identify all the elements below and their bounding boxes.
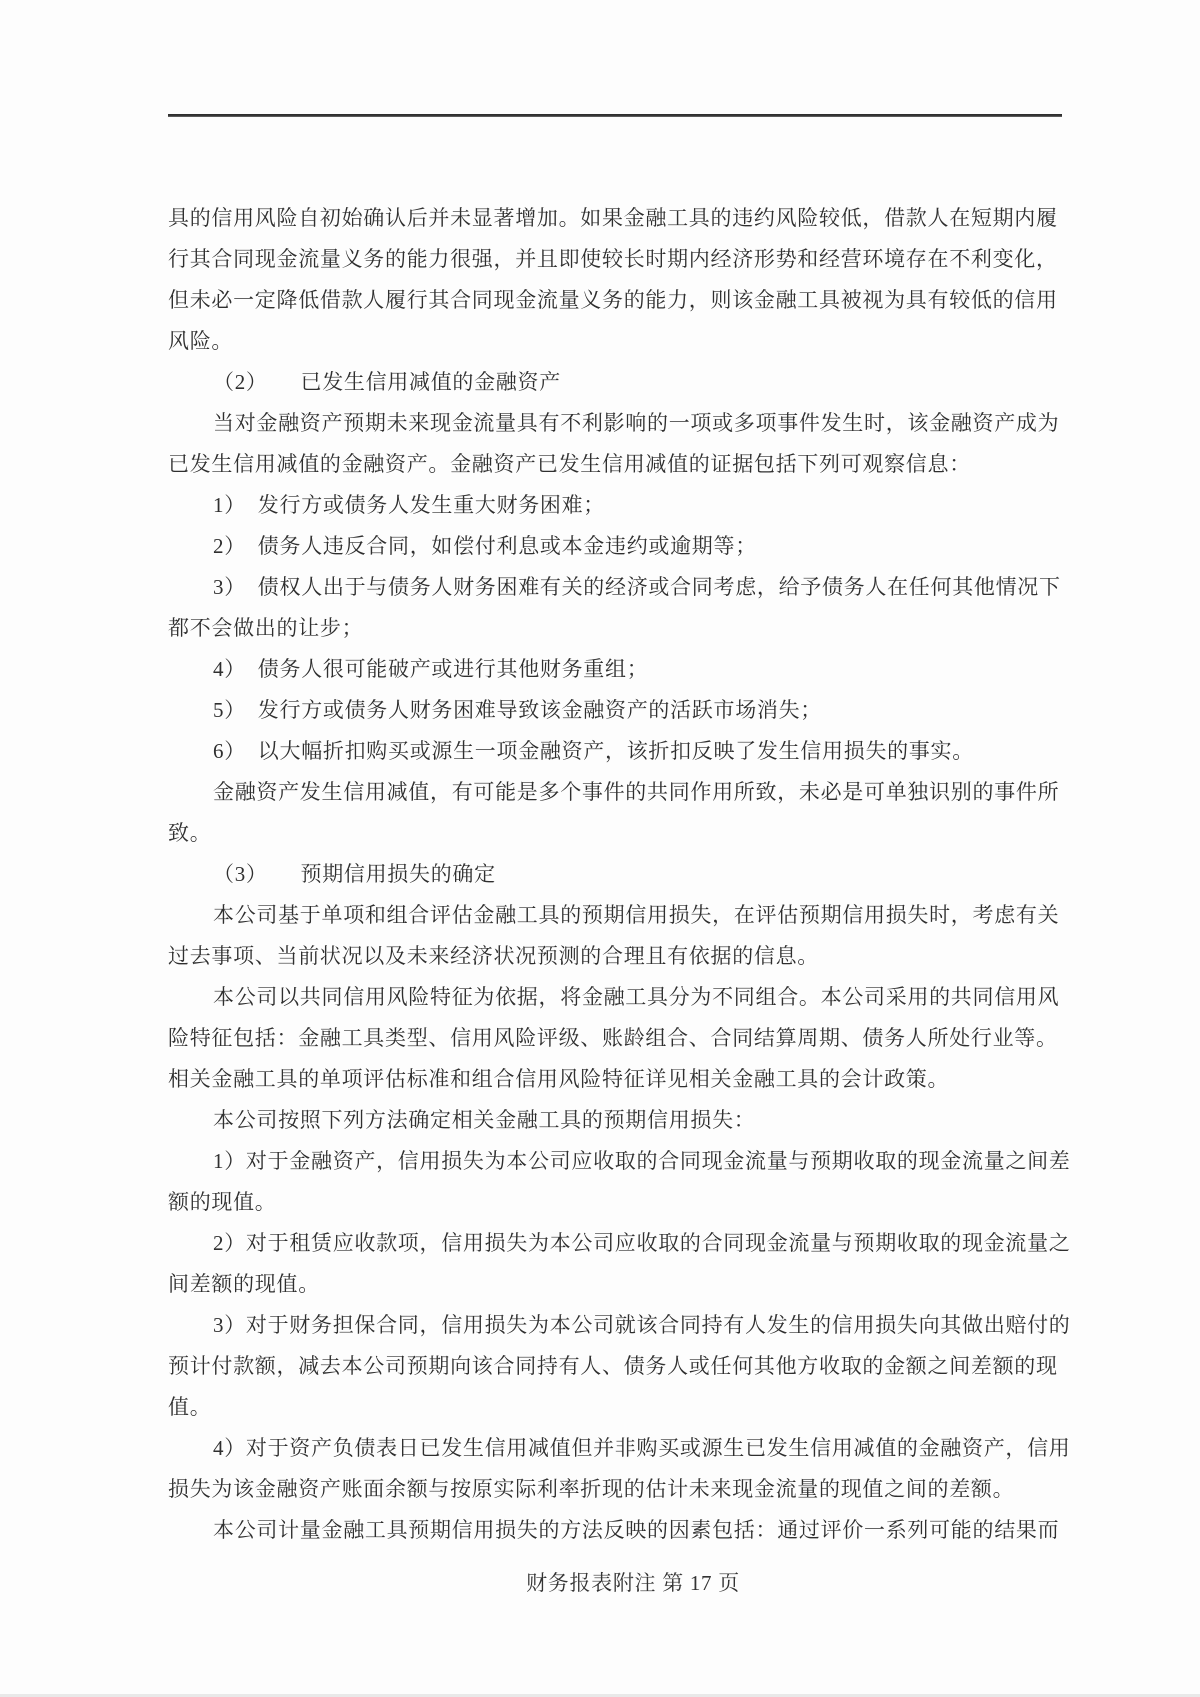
page-footer: 财务报表附注 第 17 页 [186, 1563, 1080, 1604]
text-line: 已发生信用减值的金融资产。金融资产已发生信用减值的证据包括下列可观察信息： [168, 444, 1062, 485]
text-line: 行其合同现金流量义务的能力很强，并且即使较长时期内经济形势和经营环境存在不利变化… [168, 239, 1062, 280]
text-line: 4） 债务人很可能破产或进行其他财务重组； [168, 649, 1062, 690]
text-line: 相关金融工具的单项评估标准和组合信用风险特征详见相关金融工具的会计政策。 [168, 1059, 1062, 1100]
text-line: 风险。 [168, 321, 1062, 362]
page: { "colors": { "background": "#fdfdfd", "… [0, 0, 1200, 1697]
header-rule [168, 114, 1062, 117]
text-line: 本公司计量金融工具预期信用损失的方法反映的因素包括：通过评价一系列可能的结果而 [168, 1510, 1062, 1551]
text-line: （3） 预期信用损失的确定 [168, 854, 1062, 895]
text-line: 5） 发行方或债务人财务困难导致该金融资产的活跃市场消失； [168, 690, 1062, 731]
text-line: 3）对于财务担保合同，信用损失为本公司就该合同持有人发生的信用损失向其做出赔付的 [168, 1305, 1062, 1346]
text-line: 本公司以共同信用风险特征为依据，将金融工具分为不同组合。本公司采用的共同信用风 [168, 977, 1062, 1018]
text-line: 但未必一定降低借款人履行其合同现金流量义务的能力，则该金融工具被视为具有较低的信… [168, 280, 1062, 321]
text-line: 1）对于金融资产，信用损失为本公司应收取的合同现金流量与预期收取的现金流量之间差 [168, 1141, 1062, 1182]
text-line: 额的现值。 [168, 1182, 1062, 1223]
text-line: 当对金融资产预期未来现金流量具有不利影响的一项或多项事件发生时，该金融资产成为 [168, 403, 1062, 444]
text-block: 具的信用风险自初始确认后并未显著增加。如果金融工具的违约风险较低，借款人在短期内… [168, 198, 1062, 1551]
text-line: 2）对于租赁应收款项，信用损失为本公司应收取的合同现金流量与预期收取的现金流量之 [168, 1223, 1062, 1264]
text-line: 具的信用风险自初始确认后并未显著增加。如果金融工具的违约风险较低，借款人在短期内… [168, 198, 1062, 239]
text-line: 过去事项、当前状况以及未来经济状况预测的合理且有依据的信息。 [168, 936, 1062, 977]
text-line: 本公司基于单项和组合评估金融工具的预期信用损失，在评估预期信用损失时，考虑有关 [168, 895, 1062, 936]
text-line: 损失为该金融资产账面余额与按原实际利率折现的估计未来现金流量的现值之间的差额。 [168, 1469, 1062, 1510]
text-line: 值。 [168, 1387, 1062, 1428]
text-line: 金融资产发生信用减值，有可能是多个事件的共同作用所致，未必是可单独识别的事件所 [168, 772, 1062, 813]
text-line: 间差额的现值。 [168, 1264, 1062, 1305]
text-line: 致。 [168, 813, 1062, 854]
document-page: 具的信用风险自初始确认后并未显著增加。如果金融工具的违约风险较低，借款人在短期内… [0, 0, 1200, 1697]
text-line: 4）对于资产负债表日已发生信用减值但并非购买或源生已发生信用减值的金融资产，信用 [168, 1428, 1062, 1469]
text-line: 都不会做出的让步； [168, 608, 1062, 649]
text-line: （2） 已发生信用减值的金融资产 [168, 362, 1062, 403]
text-line: 6） 以大幅折扣购买或源生一项金融资产，该折扣反映了发生信用损失的事实。 [168, 731, 1062, 772]
text-line: 险特征包括：金融工具类型、信用风险评级、账龄组合、合同结算周期、债务人所处行业等… [168, 1018, 1062, 1059]
text-line: 预计付款额，减去本公司预期向该合同持有人、债务人或任何其他方收取的金额之间差额的… [168, 1346, 1062, 1387]
text-line: 1） 发行方或债务人发生重大财务困难； [168, 485, 1062, 526]
text-line: 3） 债权人出于与债务人财务困难有关的经济或合同考虑，给予债务人在任何其他情况下 [168, 567, 1062, 608]
text-line: 2） 债务人违反合同，如偿付利息或本金违约或逾期等； [168, 526, 1062, 567]
text-line: 本公司按照下列方法确定相关金融工具的预期信用损失： [168, 1100, 1062, 1141]
